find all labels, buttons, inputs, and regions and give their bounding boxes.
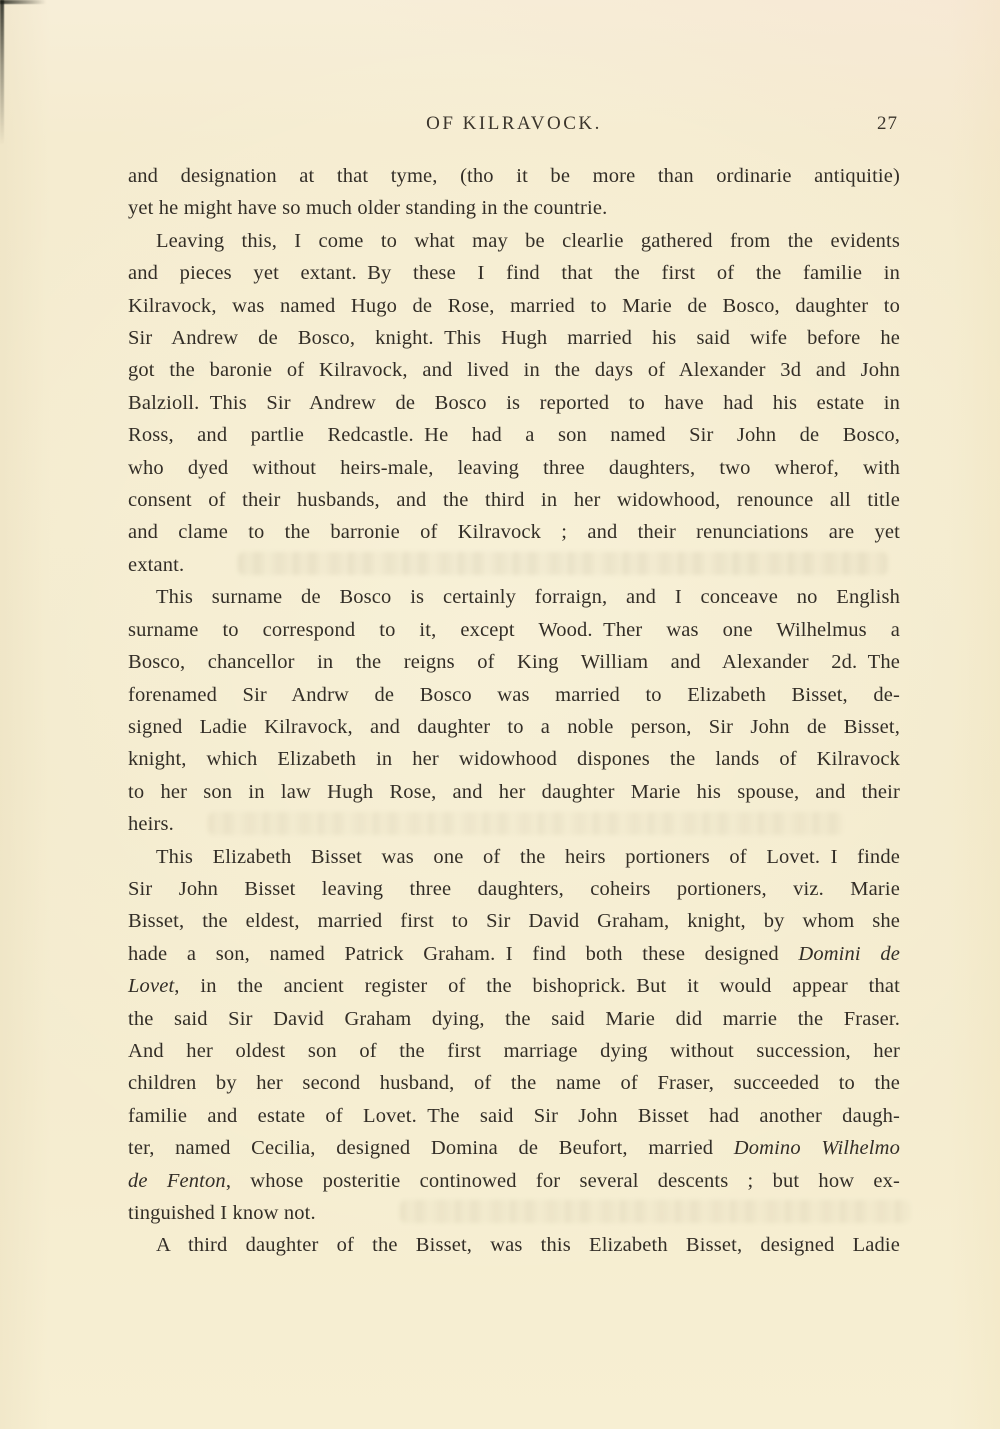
paragraph: This Elizabeth Bisset was one of the hei… [128, 841, 900, 1230]
text-line: who dyed without heirs-male, leaving thr… [128, 452, 900, 484]
text-line: familie and estate of Lovet. The said Si… [128, 1100, 900, 1132]
text-line: And her oldest son of the first marriage… [128, 1035, 900, 1067]
text-line: signed Ladie Kilravock, and daughter to … [128, 711, 900, 743]
text-line: consent of their husbands, and the third… [128, 484, 900, 516]
text-line: surname to correspond to it, except Wood… [128, 614, 900, 646]
text-line: Bosco, chancellor in the reigns of King … [128, 646, 900, 678]
scan-edge-shadow-top [0, 0, 46, 4]
page-title: OF KILRAVOCK. [426, 113, 602, 135]
text-line: and designation at that tyme, (tho it be… [128, 160, 900, 192]
text-line: Leaving this, I come to what may be clea… [128, 225, 900, 257]
text-line: Lovet, in the ancient register of the bi… [128, 970, 900, 1002]
text-line: Sir Andrew de Bosco, knight. This Hugh m… [128, 322, 900, 354]
book-page-scan: OF KILRAVOCK. 27 and designation at that… [0, 0, 1000, 1429]
text-line: ter, named Cecilia, designed Domina de B… [128, 1132, 900, 1164]
scan-edge-shadow-left [0, 0, 4, 145]
text-line: Balzioll. This Sir Andrew de Bosco is re… [128, 387, 900, 419]
text-line: This Elizabeth Bisset was one of the hei… [128, 841, 900, 873]
show-through-smudge [238, 552, 888, 575]
text-line: yet he might have so much older standing… [128, 192, 900, 224]
text-line: de Fenton, whose posteritie continowed f… [128, 1165, 900, 1197]
text-line: got the baronie of Kilravock, and lived … [128, 354, 900, 386]
text-line: forenamed Sir Andrw de Bosco was married… [128, 679, 900, 711]
text-line: hade a son, named Patrick Graham. I find… [128, 938, 900, 970]
running-header: OF KILRAVOCK. 27 [128, 113, 900, 139]
text-line: Ross, and partlie Redcastle. He had a so… [128, 419, 900, 451]
text-line: the said Sir David Graham dying, the sai… [128, 1003, 900, 1035]
text-line: to her son in law Hugh Rose, and her dau… [128, 776, 900, 808]
show-through-smudge [400, 1200, 910, 1223]
text-line: and clame to the barronie of Kilravock ;… [128, 516, 900, 548]
text-line: Bisset, the eldest, married first to Sir… [128, 905, 900, 937]
text-line: A third daughter of the Bisset, was this… [128, 1229, 900, 1261]
paragraph: This surname de Bosco is certainly forra… [128, 581, 900, 840]
text-line: and pieces yet extant. By these I find t… [128, 257, 900, 289]
show-through-smudge [208, 812, 843, 835]
paragraph: and designation at that tyme, (tho it be… [128, 160, 900, 225]
page-number: 27 [877, 113, 898, 135]
text-line: Kilravock, was named Hugo de Rose, marri… [128, 290, 900, 322]
page-body: and designation at that tyme, (tho it be… [128, 160, 900, 1262]
paragraph: Leaving this, I come to what may be clea… [128, 225, 900, 581]
text-line: children by her second husband, of the n… [128, 1067, 900, 1099]
text-line: knight, which Elizabeth in her widowhood… [128, 743, 900, 775]
text-line: Sir John Bisset leaving three daughters,… [128, 873, 900, 905]
paragraph: A third daughter of the Bisset, was this… [128, 1229, 900, 1261]
text-line: This surname de Bosco is certainly forra… [128, 581, 900, 613]
